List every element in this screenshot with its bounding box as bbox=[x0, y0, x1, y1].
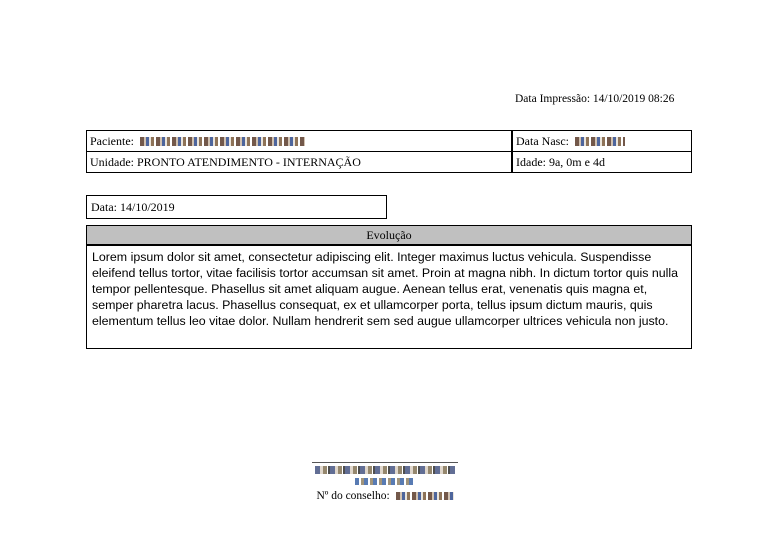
unit-row: Unidade: PRONTO ATENDIMENTO - INTERNAÇÃO… bbox=[87, 152, 692, 173]
age-cell: Idade: 9a, 0m e 4d bbox=[512, 152, 692, 173]
council-number: Nº do conselho: bbox=[300, 490, 470, 502]
signature-line bbox=[312, 462, 458, 463]
signer-id-redacted bbox=[355, 478, 415, 485]
record-date-value: 14/10/2019 bbox=[120, 200, 175, 214]
council-label: Nº do conselho: bbox=[316, 490, 389, 502]
signature-block: Nº do conselho: bbox=[300, 462, 470, 502]
patient-cell: Paciente: bbox=[87, 131, 513, 152]
unit-cell: Unidade: PRONTO ATENDIMENTO - INTERNAÇÃO bbox=[87, 152, 513, 173]
birth-date-label: Data Nasc: bbox=[516, 134, 569, 148]
evolution-section-header: Evolução bbox=[86, 225, 692, 246]
record-date-box: Data: 14/10/2019 bbox=[86, 195, 387, 219]
age-value: 9a, 0m e 4d bbox=[549, 155, 605, 169]
record-date-label: Data: bbox=[91, 200, 117, 214]
unit-value: PRONTO ATENDIMENTO - INTERNAÇÃO bbox=[137, 155, 361, 169]
patient-name-redacted bbox=[140, 137, 305, 146]
print-date-value: 14/10/2019 08:26 bbox=[593, 93, 674, 105]
council-value-redacted bbox=[396, 492, 454, 500]
birth-date-cell: Data Nasc: bbox=[512, 131, 692, 152]
patient-label: Paciente: bbox=[90, 134, 134, 148]
print-date: Data Impressão: 14/10/2019 08:26 bbox=[515, 93, 674, 105]
patient-info-table: Paciente: Data Nasc: Unidade: PRONTO ATE… bbox=[86, 130, 692, 173]
patient-row: Paciente: Data Nasc: bbox=[87, 131, 692, 152]
print-date-label: Data Impressão: bbox=[515, 93, 590, 105]
birth-date-redacted bbox=[575, 137, 625, 146]
evolution-body-text: Lorem ipsum dolor sit amet, consectetur … bbox=[86, 245, 692, 349]
unit-label: Unidade: bbox=[90, 155, 134, 169]
signer-name-redacted bbox=[315, 466, 455, 474]
age-label: Idade: bbox=[516, 155, 546, 169]
